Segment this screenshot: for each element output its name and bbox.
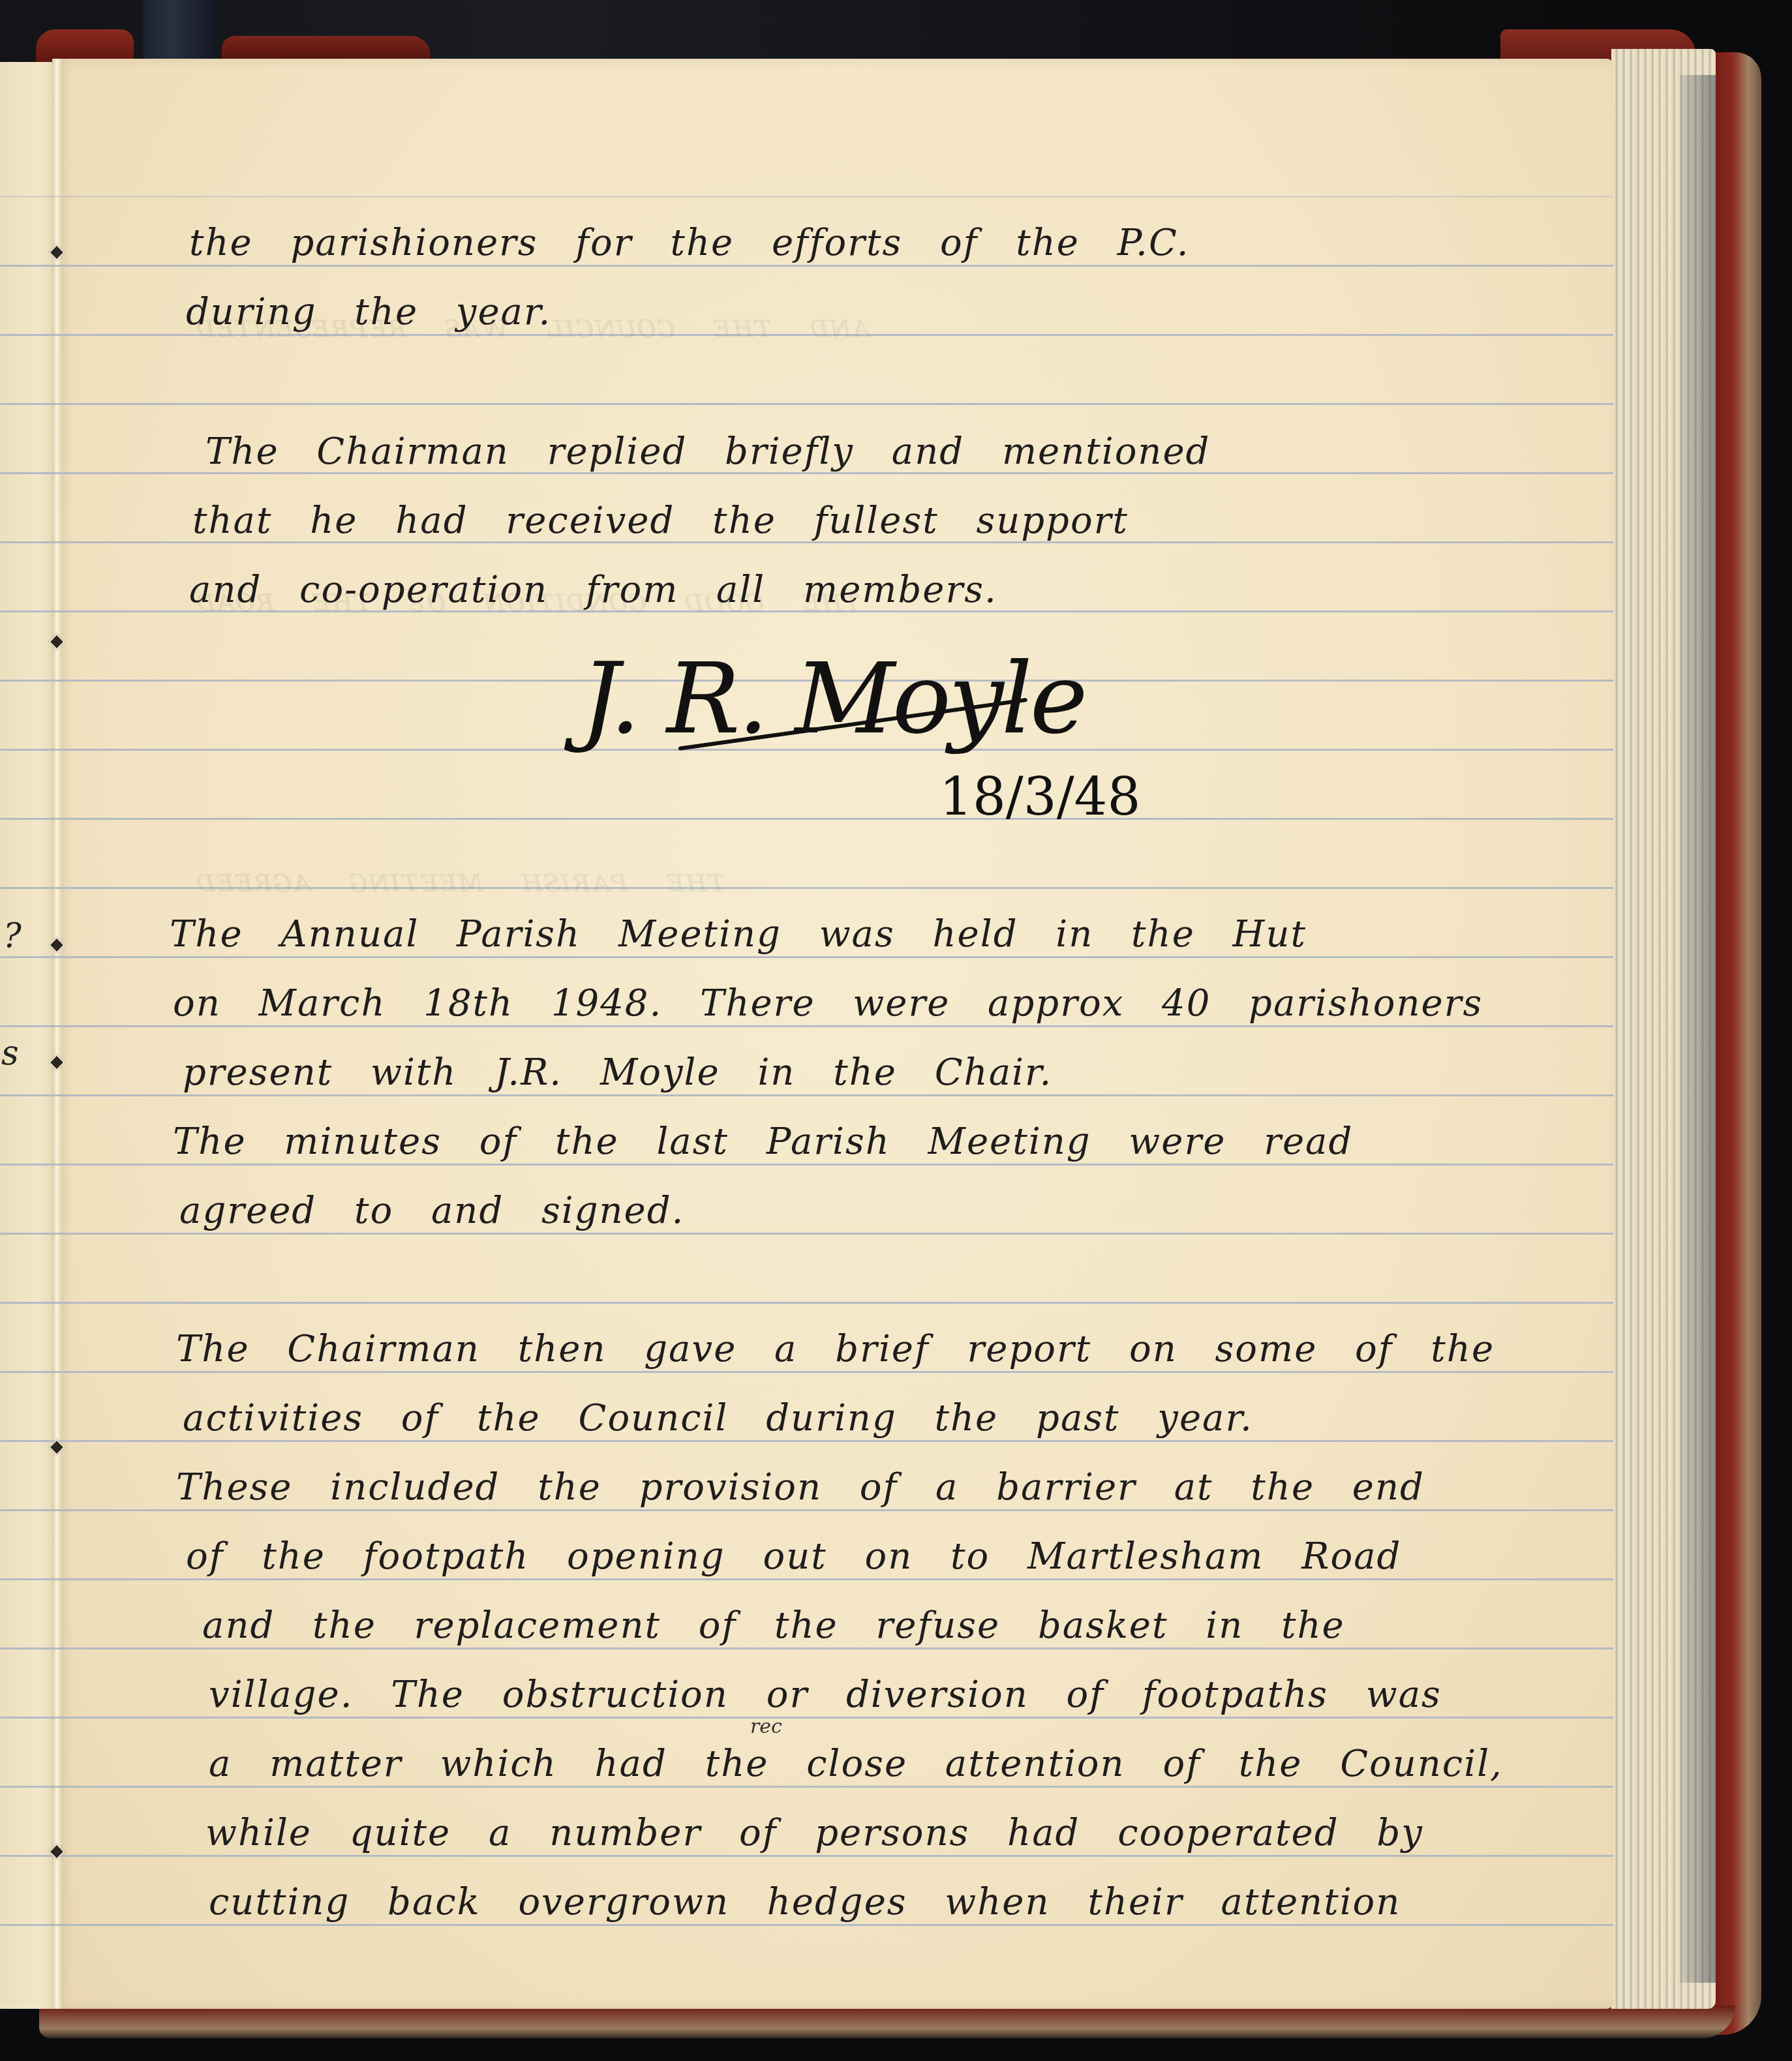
signature-date: 18/3/48 xyxy=(939,766,1140,827)
facing-page-fragment: ? xyxy=(3,916,22,955)
text-line: a matter which had the close attention o… xyxy=(209,1743,1503,1785)
facing-page-fragment: s xyxy=(1,1034,19,1073)
text-line: The Annual Parish Meeting was held in th… xyxy=(170,913,1307,955)
text-line: the parishioners for the efforts of the … xyxy=(189,222,1190,264)
text-line: These included the provision of a barrie… xyxy=(176,1466,1425,1509)
binding-right-edge xyxy=(1709,52,1761,2035)
text-line: that he had received the fullest support xyxy=(192,500,1129,542)
text-line: village. The obstruction or diversion of… xyxy=(209,1674,1442,1716)
text-line: The Chairman replied briefly and mention… xyxy=(205,430,1210,473)
text-line: on March 18th 1948. There were approx 40… xyxy=(173,982,1483,1025)
text-line: cutting back overgrown hedges when their… xyxy=(209,1881,1401,1923)
text-line: present with J.R. Moyle in the Chair. xyxy=(183,1051,1052,1094)
text-line: agreed to and signed. xyxy=(179,1190,684,1232)
text-line: during the year. xyxy=(186,291,551,333)
insertion-mark: rec xyxy=(750,1715,782,1738)
show-through-text: ᴛʜᴇ ᴘᴀʀɪsʜ ᴍᴇᴇᴛɪɴɢ ᴀɢʀᴇᴇᴅ xyxy=(196,861,726,900)
binding-bottom-edge xyxy=(39,2006,1735,2038)
text-line: and co-operation from all members. xyxy=(189,569,997,611)
text-line: activities of the Council during the pas… xyxy=(183,1397,1253,1439)
text-line: of the footpath opening out on to Martle… xyxy=(186,1535,1401,1578)
text-line: The minutes of the last Parish Meeting w… xyxy=(173,1121,1353,1163)
text-line: while quite a number of persons had coop… xyxy=(205,1812,1423,1854)
signature: J. R. Moyle xyxy=(581,642,1086,756)
text-line: and the replacement of the refuse basket… xyxy=(202,1604,1345,1647)
text-line: The Chairman then gave a brief report on… xyxy=(176,1328,1495,1370)
page-fore-edge xyxy=(1611,49,1716,2009)
